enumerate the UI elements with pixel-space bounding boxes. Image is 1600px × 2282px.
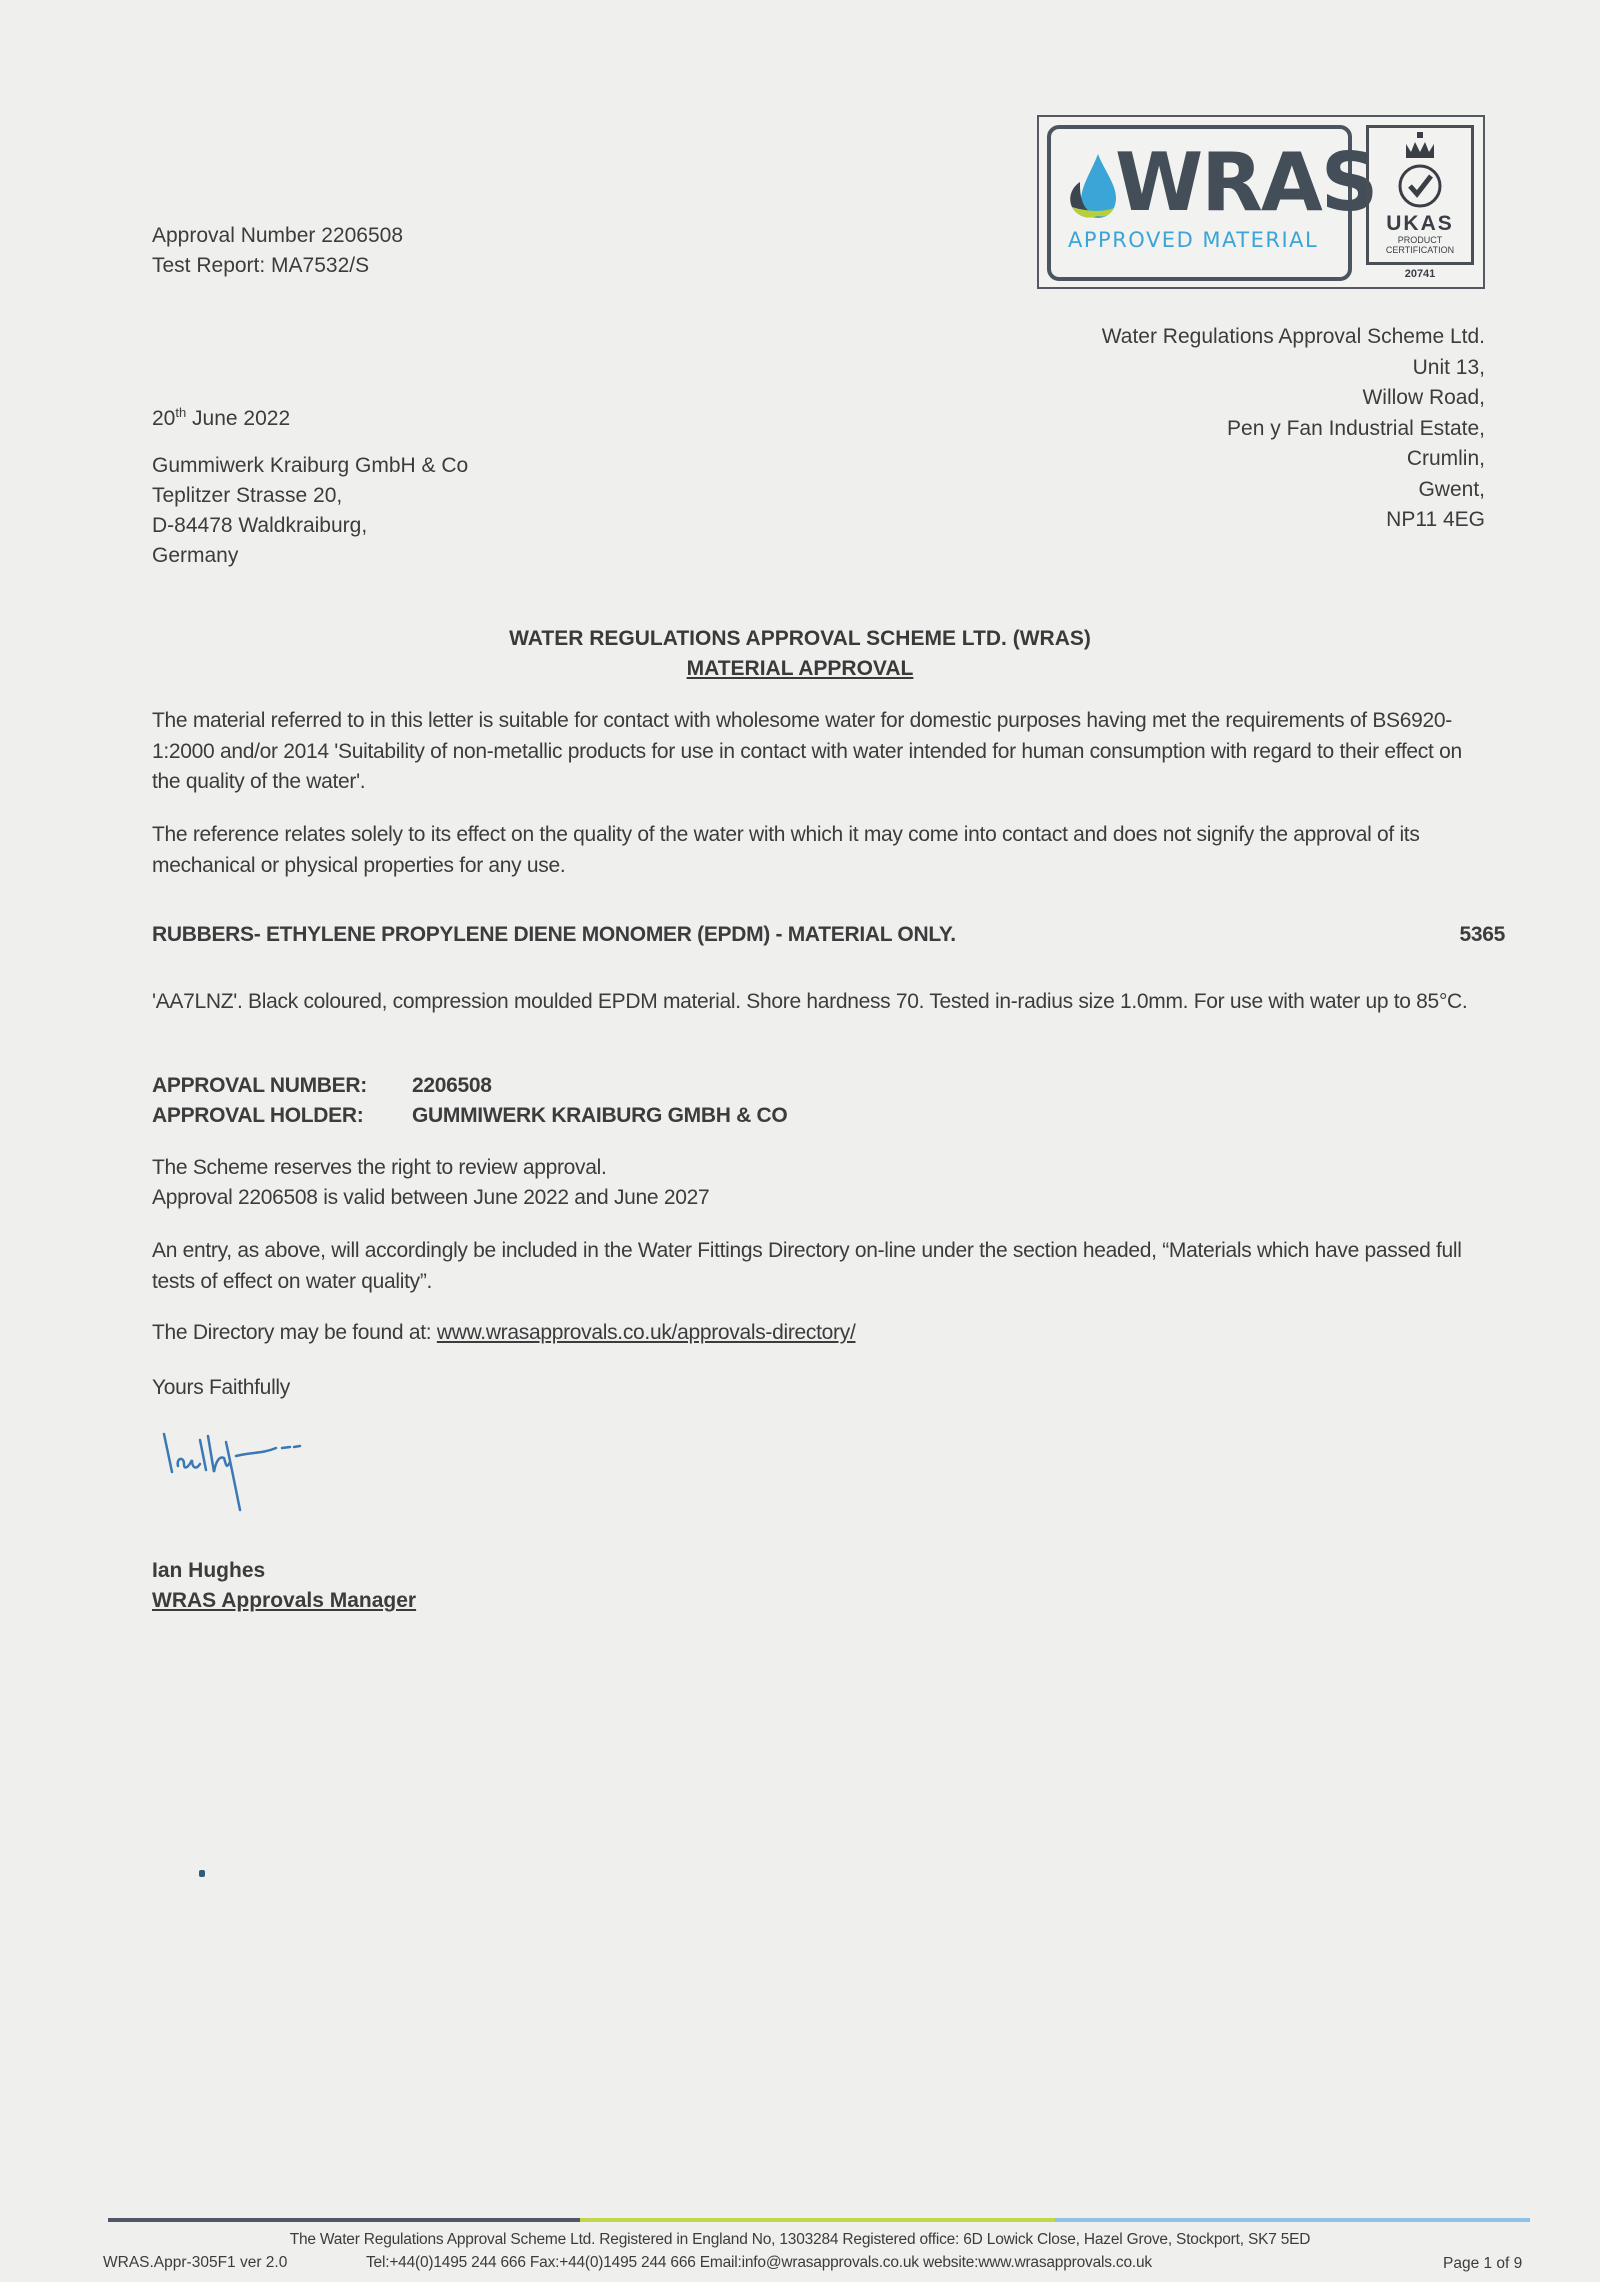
- intro-paragraph: The material referred to in this letter …: [152, 706, 1482, 798]
- signatory-name: Ian Hughes: [152, 1556, 265, 1586]
- sender-address-line: Willow Road,: [1102, 383, 1485, 414]
- validity-statement: Approval 2206508 is valid between June 2…: [152, 1183, 709, 1213]
- signatory-title: WRAS Approvals Manager: [152, 1586, 416, 1616]
- ukas-wordmark: UKAS: [1370, 213, 1470, 235]
- closing-salutation: Yours Faithfully: [152, 1373, 290, 1403]
- footer-registration: The Water Regulations Approval Scheme Lt…: [0, 2230, 1600, 2250]
- letter-date: 20th June 2022: [152, 398, 290, 434]
- recipient-address-line: Germany: [152, 541, 468, 571]
- wras-subtitle: APPROVED MATERIAL: [1068, 228, 1318, 252]
- ukas-subtitle-2: CERTIFICATION: [1370, 245, 1470, 255]
- approval-number-line: Approval Number 2206508: [152, 221, 403, 251]
- approval-holder-label: APPROVAL HOLDER:: [152, 1101, 363, 1131]
- wras-wordmark: WRAS: [1115, 140, 1376, 226]
- signature-image: [150, 1430, 320, 1520]
- footer-bar-blue: [1055, 2218, 1530, 2222]
- reference-paragraph: The reference relates solely to its effe…: [152, 820, 1482, 881]
- footer-contact: Tel:+44(0)1495 244 666 Fax:+44(0)1495 24…: [366, 2253, 1152, 2273]
- approval-number-label: APPROVAL NUMBER:: [152, 1071, 367, 1101]
- sender-address-line: Pen y Fan Industrial Estate,: [1102, 414, 1485, 445]
- material-code: 5365: [1459, 920, 1505, 950]
- water-drop-icon: [1068, 152, 1118, 220]
- footer-bar-lime: [580, 2218, 1055, 2222]
- recipient-address-line: Teplitzer Strasse 20,: [152, 481, 468, 511]
- crown-check-icon: [1397, 130, 1443, 210]
- footer-form-ref: WRAS.Appr-305F1 ver 2.0: [103, 2253, 287, 2273]
- directory-link[interactable]: www.wrasapprovals.co.uk/approvals-direct…: [437, 1321, 856, 1344]
- sender-address-line: Crumlin,: [1102, 444, 1485, 475]
- material-heading: RUBBERS- ETHYLENE PROPYLENE DIENE MONOME…: [152, 920, 956, 950]
- directory-line: The Directory may be found at: www.wrasa…: [152, 1318, 855, 1348]
- sender-address-line: Unit 13,: [1102, 353, 1485, 384]
- test-report-line: Test Report: MA7532/S: [152, 251, 369, 281]
- footer-bar-dark: [108, 2218, 580, 2222]
- sender-address-line: Gwent,: [1102, 475, 1485, 506]
- footer-page-number: Page 1 of 9: [1443, 2254, 1522, 2274]
- letter-subtitle: MATERIAL APPROVAL: [0, 654, 1600, 684]
- approval-holder-value: GUMMIWERK KRAIBURG GMBH & CO: [412, 1101, 787, 1131]
- sender-address: Water Regulations Approval Scheme Ltd. U…: [1102, 322, 1485, 536]
- ukas-subtitle-1: PRODUCT: [1370, 235, 1470, 245]
- ukas-number: 20741: [1370, 268, 1470, 280]
- review-statement: The Scheme reserves the right to review …: [152, 1153, 607, 1183]
- sender-address-line: Water Regulations Approval Scheme Ltd.: [1102, 322, 1485, 353]
- scan-speck: [199, 1870, 205, 1877]
- recipient-address: Gummiwerk Kraiburg GmbH & Co Teplitzer S…: [152, 451, 468, 571]
- recipient-address-line: D-84478 Waldkraiburg,: [152, 511, 468, 541]
- directory-entry-paragraph: An entry, as above, will accordingly be …: [152, 1236, 1482, 1297]
- letter-title: WATER REGULATIONS APPROVAL SCHEME LTD. (…: [0, 624, 1600, 654]
- approval-number-value: 2206508: [412, 1071, 492, 1101]
- recipient-address-line: Gummiwerk Kraiburg GmbH & Co: [152, 451, 468, 481]
- sender-address-line: NP11 4EG: [1102, 505, 1485, 536]
- material-description: 'AA7LNZ'. Black coloured, compression mo…: [152, 987, 1482, 1018]
